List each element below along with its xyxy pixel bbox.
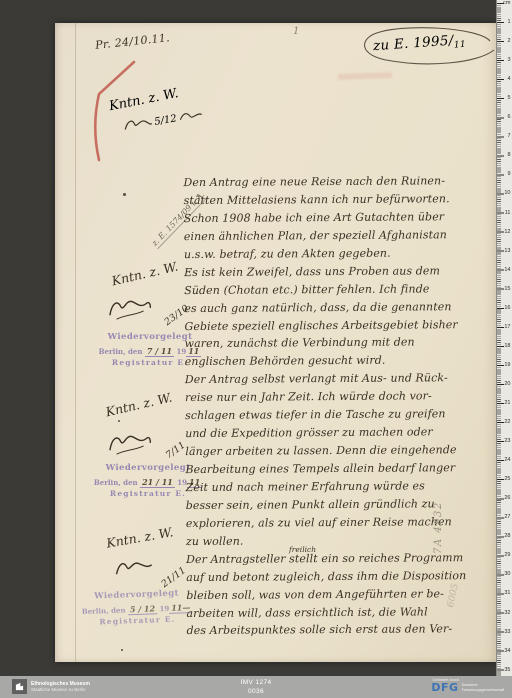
paper-speck	[121, 649, 123, 651]
manuscript-line: Gebiete speziell englisches Arbeitsgebie…	[184, 315, 489, 335]
ruler-label: 22	[497, 419, 512, 438]
manuscript-line: reise nur ein Jahr Zeit. Ich würde doch …	[185, 387, 490, 407]
manuscript-line: Bearbeitung eines Tempels allein bedarf …	[185, 459, 490, 479]
ruler-label: 15	[497, 286, 512, 305]
dfg-name: Deutsche Forschungsgemeinschaft	[462, 683, 504, 693]
note-date: 5/12	[154, 113, 178, 127]
ruler-label: 24	[497, 457, 512, 476]
ruler-label: 33	[497, 629, 512, 648]
ruler-label: 11	[497, 210, 512, 229]
ruler-label: 23	[497, 438, 512, 457]
manuscript-line: länger arbeiten zu lassen. Denn die eing…	[185, 441, 490, 461]
manuscript-line: und die Expedition grösser zu machen ode…	[185, 423, 490, 443]
manuscript-line: Der Antrag selbst verlangt mit Aus- und …	[185, 369, 490, 389]
funding-block: Gefördert durch DFG Deutsche Forschungsg…	[431, 678, 504, 693]
ruler-label: 34	[497, 648, 512, 667]
manuscript-line: zu wollen.	[186, 531, 491, 551]
ruler-label: 27	[497, 514, 512, 533]
manuscript-line: auf und betont zugleich, dass ihm die Di…	[186, 567, 491, 587]
ruler-label: 30	[497, 571, 512, 590]
manuscript-line: stätten Mittelasiens kann ich nur befürw…	[184, 190, 489, 210]
signature-squiggle-icon	[177, 106, 205, 126]
ruler-label: 2	[497, 38, 512, 57]
manuscript-line: schlagen etwas tiefer in die Tasche zu g…	[185, 405, 490, 425]
manuscript-line: Den Antrag eine neue Reise nach den Ruin…	[183, 172, 488, 192]
manuscript-line: besser sein, einen Punkt allein gründlic…	[186, 495, 491, 515]
manuscript-line: Zeit und nach meiner Erfahrung würde es	[186, 477, 491, 497]
reference-number-circled: zu E. 1995/11	[356, 25, 500, 73]
ruler-label: 20	[497, 381, 512, 400]
manuscript-line: Der Antragsteller stellt ein so reiches …	[186, 549, 491, 569]
paper-speck	[118, 420, 120, 422]
marginal-note-top: Kntn. z. W. 5/12	[108, 86, 248, 125]
ruler-label: 10	[497, 190, 512, 209]
page-number-mark: 1	[293, 26, 299, 37]
ruler-label: 6	[497, 114, 512, 133]
manuscript-line: Schon 1908 habe ich eine Art Gutachten ü…	[184, 208, 489, 228]
ruler-label: 25	[497, 476, 512, 495]
ruler-label: 32	[497, 610, 512, 629]
ruler-label: 9	[497, 171, 512, 190]
ruler-label: 16	[497, 305, 512, 324]
inventory-pencil-number: 7A 4932	[433, 462, 444, 554]
manuscript-line: explorieren, als zu viel auf einer Reise…	[186, 513, 491, 533]
ruler-label: 29	[497, 552, 512, 571]
ruler-label: 19	[497, 362, 512, 381]
ruler-label: 4	[497, 76, 512, 95]
paper-speck	[123, 193, 126, 196]
ruler-label: 28	[497, 533, 512, 552]
ruler-label: 26	[497, 495, 512, 514]
ruler-label: 12	[497, 229, 512, 248]
footer-bar: Ethnologisches Museum Staatliche Museen …	[0, 676, 512, 698]
ruler-label: 18	[497, 343, 512, 362]
wiedervorgelegt-stamp: Wiedervorgelegt Berlin, den 5 / 12 1911—…	[73, 588, 200, 627]
ruler-label: 14	[497, 267, 512, 286]
ruler-label: 3	[497, 57, 512, 76]
manuscript-line: Süden (Chotan etc.) bitter fehlen. Ich f…	[184, 280, 489, 300]
ruler-label: 8	[497, 152, 512, 171]
manuscript-line: u.s.w. betraf, zu den Akten gegeben.	[184, 244, 489, 264]
manuscript-body: Den Antrag eine neue Reise nach den Ruin…	[183, 172, 491, 640]
ruler-label: 1	[497, 19, 512, 38]
ruler-label: 13	[497, 248, 512, 267]
manuscript-line: waren, zunächst die Verbindung mit den	[185, 333, 490, 353]
manuscript-line: englischen Behörden gesucht wird.	[185, 351, 490, 371]
scan-viewport: Pr. 24/10.11. 1 zu E. 1995/11 Kntn. z. W…	[0, 0, 512, 698]
manuscript-line: des Arbeitspunktes solle sich erst aus d…	[187, 620, 492, 640]
measurement-ruler: cm 1 2 3 4 5 6 7 8 9 10 11 12 13 14	[496, 0, 512, 676]
manuscript-line: es auch ganz natürlich, dass, da die gen…	[184, 298, 489, 318]
inserted-word: freilich	[289, 545, 316, 554]
ruler-label: cm	[497, 0, 512, 19]
ruler-label: 7	[497, 133, 512, 152]
ruler-label: 31	[497, 590, 512, 609]
ruler-label: 21	[497, 400, 512, 419]
dfg-logo: DFG	[431, 682, 458, 693]
ruler-label: 17	[497, 324, 512, 343]
page-crease	[75, 23, 76, 662]
ruler-label: 5	[497, 95, 512, 114]
manuscript-line: Es ist kein Zweifel, dass uns Proben aus…	[184, 262, 489, 282]
manuscript-line: einen ähnlichen Plan, der speziell Afgha…	[184, 226, 489, 246]
